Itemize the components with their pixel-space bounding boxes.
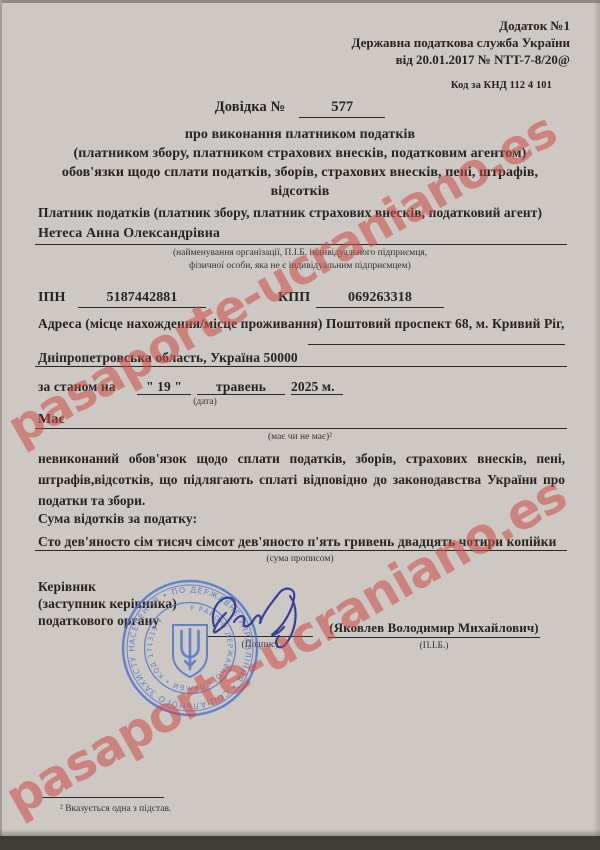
header-knd-code: Код за КНД 112 4 101 [451, 80, 552, 91]
asof-year: 2025 м. [291, 379, 335, 395]
doc-number: 577 [299, 99, 385, 118]
title-line-2: (платником збору, платником страхових вн… [0, 146, 600, 162]
official-name-caption: (П.І.Б.) [328, 641, 540, 651]
has-value: Має [38, 412, 65, 428]
ipn-label: ІПН [38, 290, 66, 306]
underline-amount [35, 550, 567, 551]
photo-edge-bottom [0, 836, 600, 850]
address-line: Адреса (місце нахождення/місце проживанн… [38, 316, 564, 332]
asof-day: " 19 " [135, 379, 193, 395]
doc-title-label: Довідка № [215, 99, 286, 115]
kpp-value: 069263318 [316, 290, 444, 306]
doc-title-row: Довідка №577 [0, 99, 600, 118]
address-region-line: Дніпропетровська область, Україна 50000 [38, 350, 298, 366]
underline-address-2 [35, 366, 567, 367]
kpp-label: КПП [278, 290, 310, 306]
photo-edge-left [0, 0, 2, 850]
has-caption: (має чи не має)² [0, 432, 600, 442]
header-block: Додаток №1 Державна податкова служба Укр… [352, 17, 570, 68]
signer-title-1: Керівник [38, 579, 96, 595]
underline-address-1 [308, 344, 565, 345]
footnote-text: ² Вказується одна з підстав. [60, 804, 171, 814]
asof-label: за станом на [38, 379, 116, 395]
underline-official-name [328, 637, 540, 638]
payer-caption-1: (найменування організації, П.І.Б. індиві… [0, 248, 600, 258]
header-agency: Державна податкова служба України [352, 34, 570, 51]
underline-ipn [78, 307, 206, 308]
date-caption: (дата) [170, 397, 240, 407]
underline-month [197, 394, 285, 395]
document-page: Додаток №1 Державна податкова служба Укр… [0, 0, 600, 850]
photo-edge-bottom-shadow [0, 829, 600, 836]
underline-kpp [316, 307, 444, 308]
sum-label: Сума відотків за податку: [38, 511, 197, 527]
underline-payer-name [35, 244, 567, 245]
underline-day [137, 394, 191, 395]
obligation-paragraph: невиконаний обов'язок щодо сплати податк… [38, 448, 565, 511]
underline-year [291, 394, 343, 395]
payer-caption-2: фізичної особи, яка не є індивідуальним … [0, 261, 600, 271]
title-line-4: відсотків [0, 184, 600, 200]
payer-label: Платник податків (платник збору, платник… [38, 205, 542, 221]
amount-in-words: Сто дев'яносто сім тисяч сімсот дев'янос… [38, 534, 557, 550]
photo-edge-top [0, 0, 600, 3]
header-order-ref: від 20.01.2017 № NTT-7-8/20@ [352, 51, 570, 68]
underline-has [35, 428, 567, 429]
ipn-value: 5187442881 [78, 290, 206, 306]
footnote-rule [42, 797, 164, 798]
payer-name-value: Нетеса Анна Олександрівна [38, 226, 220, 242]
title-line-1: про виконання платником податків [0, 127, 600, 143]
photo-edge-right [593, 0, 600, 850]
header-appendix: Додаток №1 [352, 17, 570, 34]
amount-caption: (сума прописом) [0, 554, 600, 564]
signature-scrawl [198, 582, 323, 654]
official-name: (Яковлев Володимир Михайлович) [328, 620, 540, 636]
asof-month: травень [197, 379, 285, 395]
title-line-3: обов'язки щодо сплати податків, зборів, … [0, 165, 600, 181]
